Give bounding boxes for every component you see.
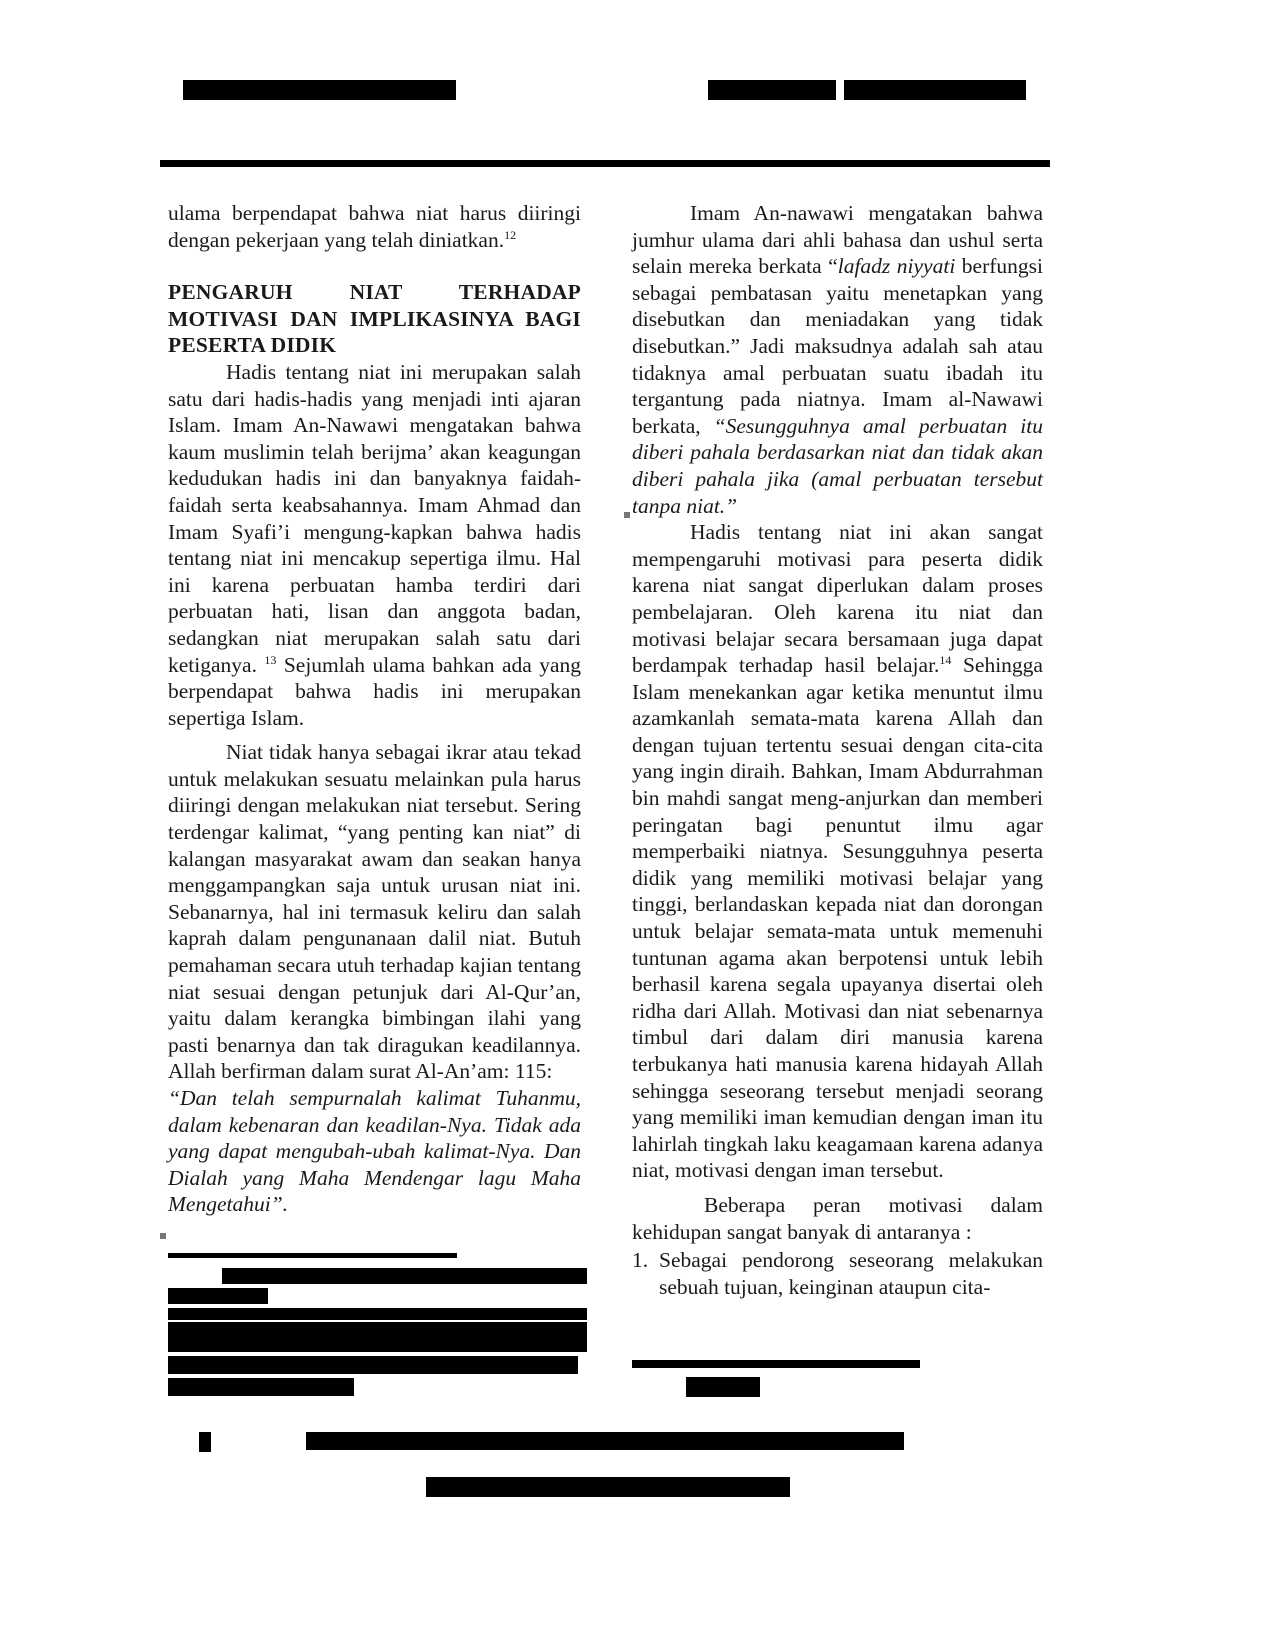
intro-text: ulama berpendapat bahwa niat harus diiri… [168,201,581,252]
page-number-redacted [199,1432,211,1452]
footnote-ref-13[interactable]: 13 [264,653,276,667]
header-rule [160,160,1050,167]
footnote-left-redacted-2 [168,1288,268,1304]
footnote-ref-12[interactable]: 12 [504,228,516,242]
footer-journal-line-2-redacted [426,1477,790,1497]
list-text: Sebagai pendorong seseorang melakukan se… [659,1247,1043,1300]
footnote-left-redacted-3 [168,1308,587,1320]
list-item: 1. Sebagai pendorong seseorang melakukan… [632,1247,1043,1300]
right-para1-end: berfungsi sebagai pembatasan yaitu menet… [632,254,1043,438]
footnote-ref-14[interactable]: 14 [939,653,951,667]
right-paragraph-1: Imam An-nawawi mengatakan bahwa jumhur u… [632,200,1043,519]
footnote-rule-right [632,1360,920,1368]
footnote-left-redacted-4 [168,1322,587,1352]
footnote-left-redacted-6 [168,1378,354,1396]
intro-paragraph: ulama berpendapat bahwa niat harus diiri… [168,200,581,253]
header-right-redacted-2 [844,80,1026,100]
body-paragraph-1: Hadis tentang niat ini merupakan salah s… [168,359,581,731]
quote-text: “Dan telah sempurnalah kalimat Tuhanmu, … [168,1086,581,1216]
right-para2-tail: Sehingga Islam menekankan agar ketika me… [632,653,1043,1182]
footnote-rule-left [168,1253,457,1258]
list-number: 1. [632,1247,659,1300]
header-left-redacted [183,80,456,100]
body-paragraph-2: Niat tidak hanya sebagai ikrar atau teka… [168,739,581,1085]
anchor-marker [160,1233,166,1239]
right-column: Imam An-nawawi mengatakan bahwa jumhur u… [632,200,1043,1300]
footnote-left-redacted-5 [168,1356,578,1374]
term-lafadz-niyyati: lafadz niyyati [838,254,956,278]
section-heading: PENGARUH NIAT TERHADAP MOTIVASI DAN IMPL… [168,279,581,359]
left-column: ulama berpendapat bahwa niat harus diiri… [168,200,581,1218]
right-paragraph-2: Hadis tentang niat ini akan sangat mempe… [632,519,1043,1184]
footnote-left-redacted-1 [222,1268,587,1284]
right-paragraph-3: Beberapa peran motivasi dalam kehidupan … [632,1192,1043,1245]
footer-journal-line-1-redacted [306,1432,904,1450]
para1-text: Hadis tentang niat ini merupakan salah s… [168,360,581,677]
footnote-right-redacted [686,1377,760,1397]
header-right-redacted-1 [708,80,836,100]
anchor-marker [624,512,630,518]
quran-quote: “Dan telah sempurnalah kalimat Tuhanmu, … [168,1085,581,1218]
